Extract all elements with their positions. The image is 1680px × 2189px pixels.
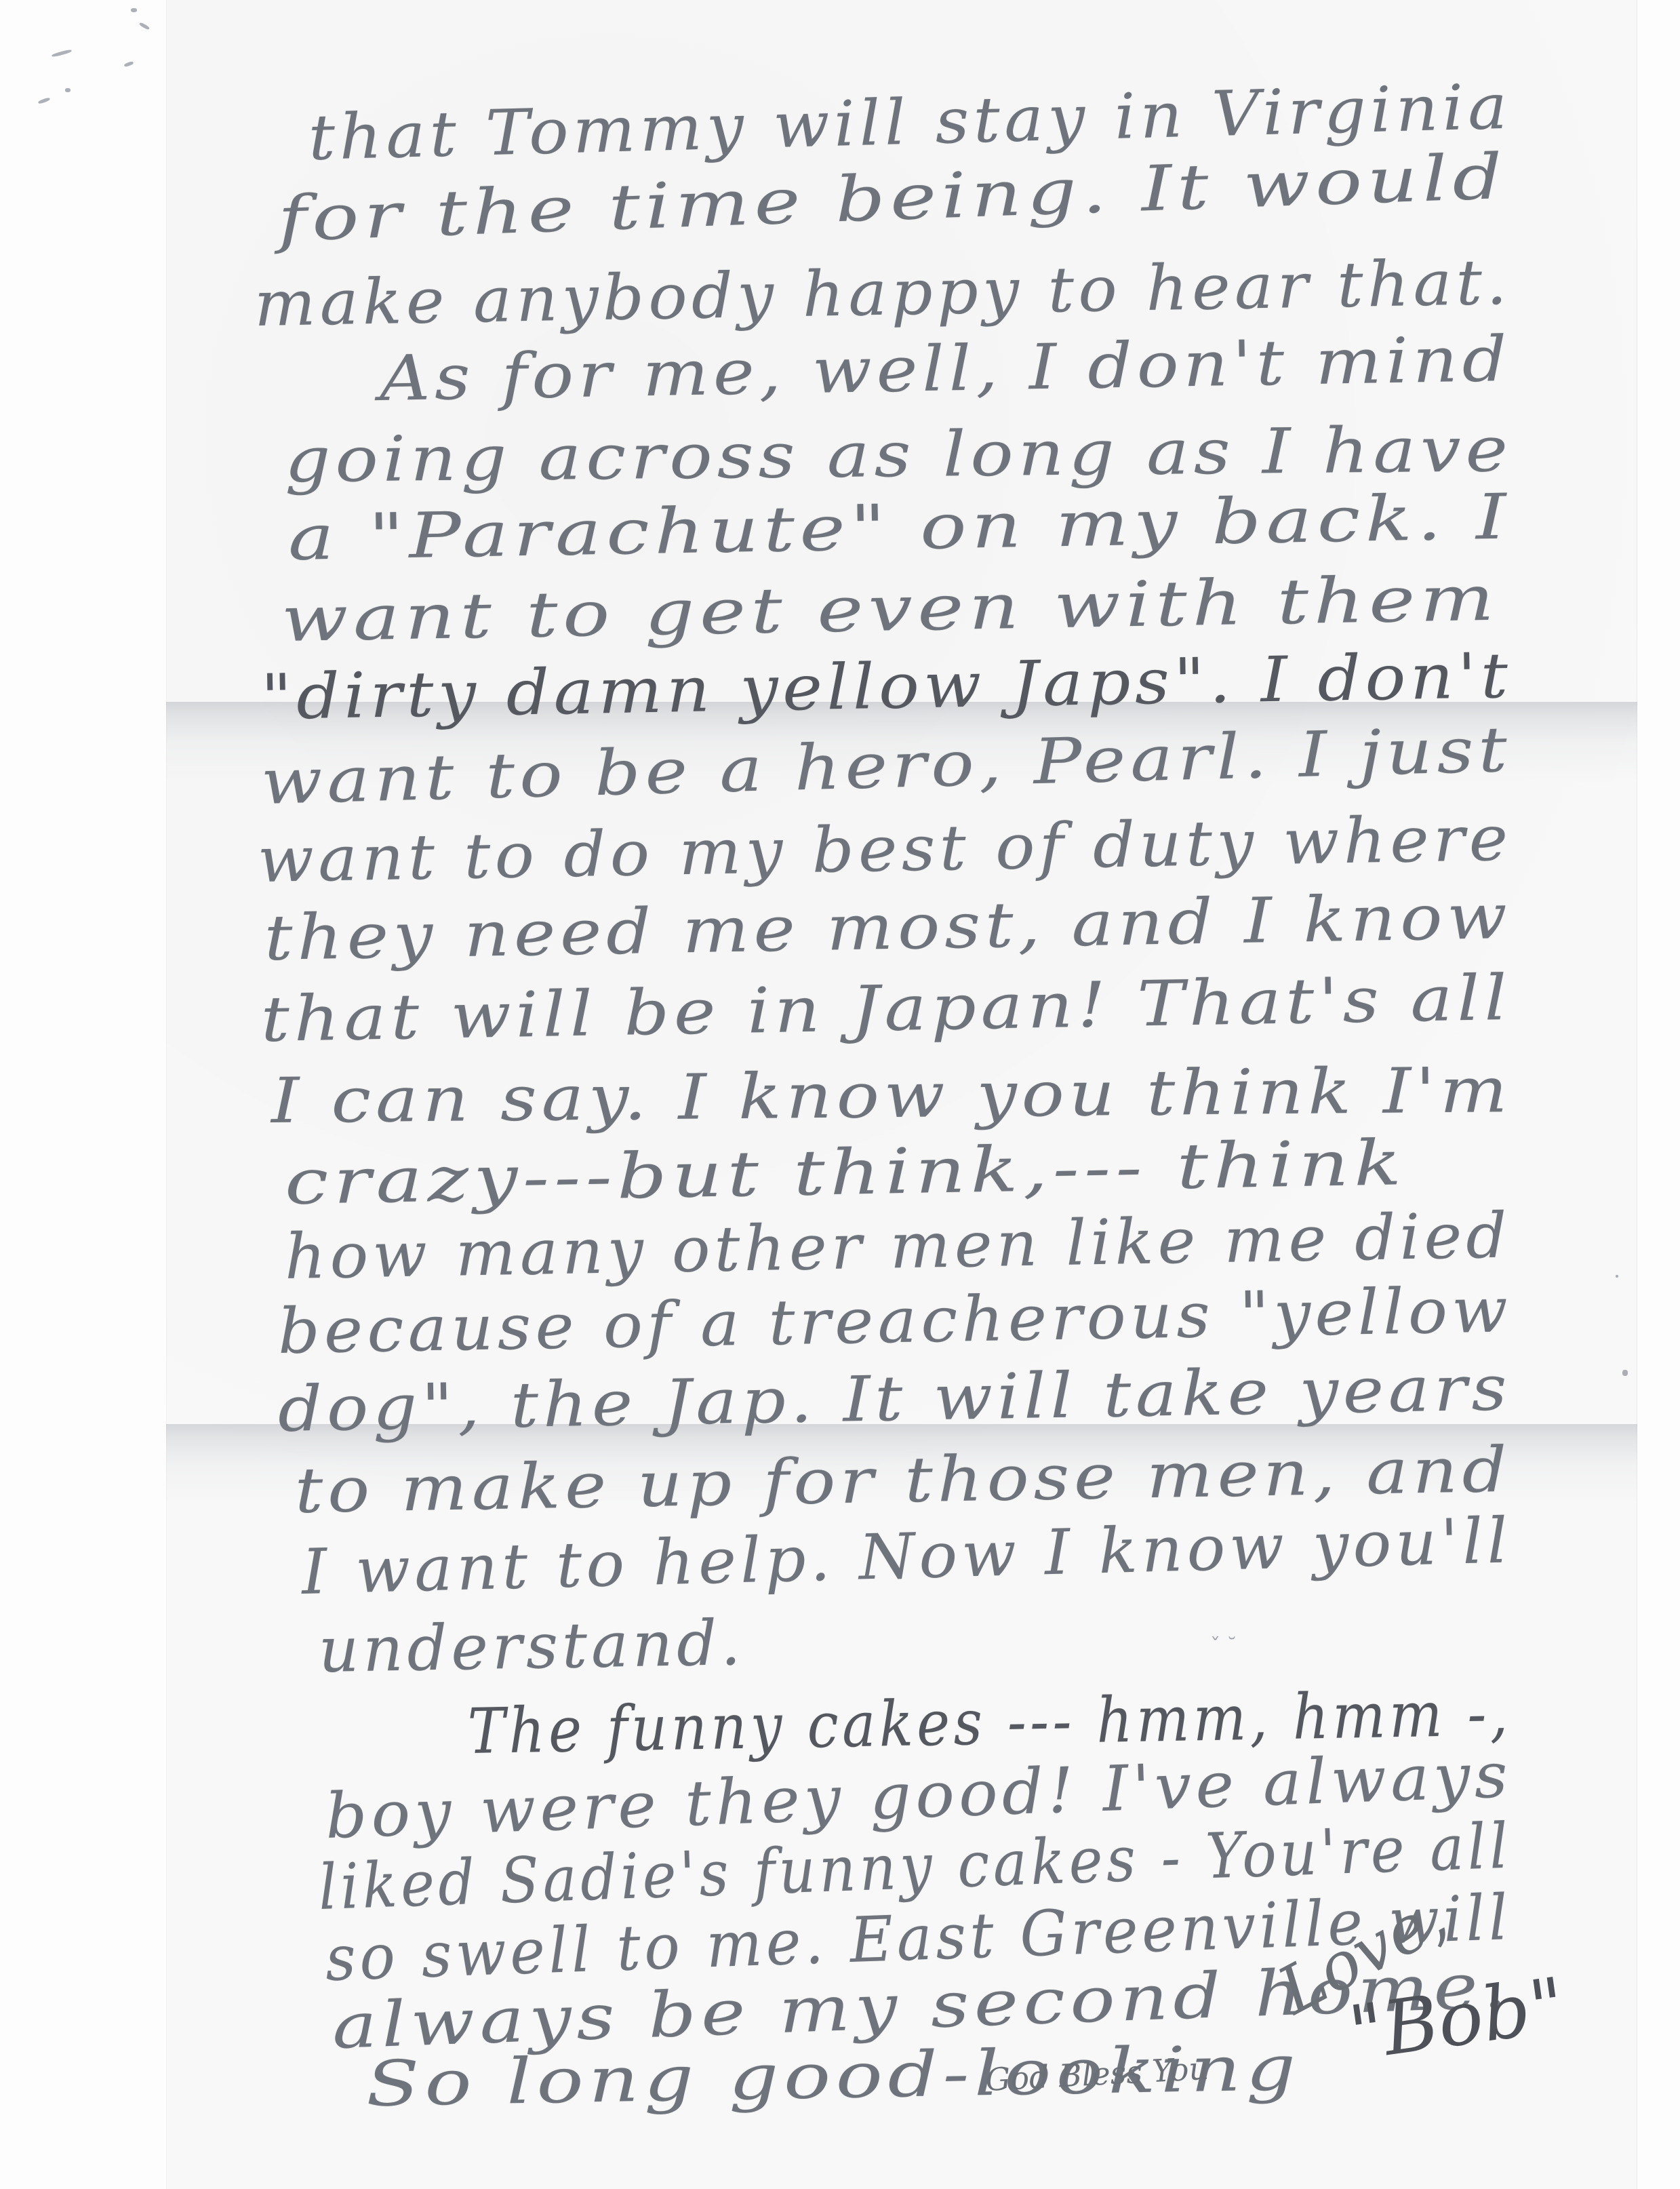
scan-speck: [131, 8, 137, 12]
scan-speck: [65, 88, 71, 92]
letter-line: I can say. I know you think I'm: [271, 1054, 1513, 1137]
scan-speck: [1622, 1370, 1628, 1376]
letter-line: understand.: [318, 1606, 745, 1687]
stray-pencil-mark: ˇ ˘: [1210, 1634, 1237, 1658]
scan-speck: [1616, 1275, 1618, 1278]
